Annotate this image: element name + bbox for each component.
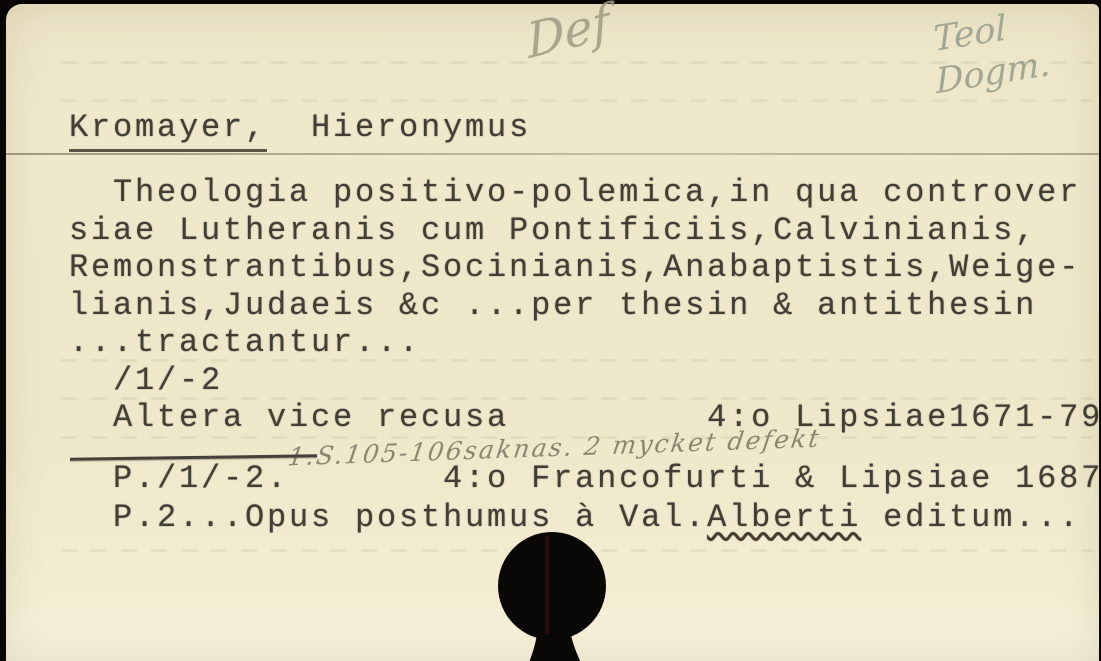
catalog-card: Def Teol Dogm. Kromayer, Hieronymus Theo… [6,4,1099,661]
typed-line-edition-2: P./1/-2. 4:o Francofurti & Lipsiae 1687 [69,460,1101,497]
typed-line: Theologia positivo-polemica,in qua contr… [69,174,1101,212]
typed-line: lianis,Judaeis &c ...per thesin & antith… [69,287,1101,325]
author-surname: Kromayer, [69,109,267,152]
typed-line-edition-1: Altera vice recusa 4:o Lipsiae1671-79 [69,399,1101,437]
pencil-note-def: Def [524,0,612,70]
typed-line: siae Lutheranis cum Pontificiis,Calvinia… [69,212,1101,250]
scanned-catalog-card-page: { "card": { "pencil_notes": { "top_cente… [0,0,1101,661]
edition-3-suffix: editum... [861,499,1081,536]
author-forename: Hieronymus [267,109,531,146]
heading-rule-line [6,153,1099,155]
pencil-note-classification: Teol Dogm. [933,1,1052,103]
typed-line-volume: /1/-2 [69,362,1101,400]
alberti-wavy-underline: Alberti [707,499,861,536]
keyhole-punch-hole-icon [488,524,620,661]
author-heading: Kromayer, Hieronymus [69,108,531,148]
typed-line: Remonstrantibus,Socinianis,Anabaptistis,… [69,249,1101,287]
typed-line: ...tractantur... [69,324,1101,362]
typed-body: Theologia positivo-polemica,in qua contr… [69,174,1101,437]
